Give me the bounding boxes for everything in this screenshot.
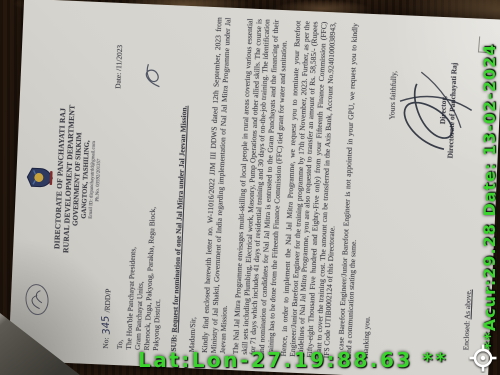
handwritten-ref-number: 345: [101, 315, 113, 335]
letter-document: DIRECTORATE OF PANCHAYATI RAJ RURAL DEVE…: [8, 0, 500, 375]
subject-text: Request for nomination of one Nal Jal Mi…: [170, 105, 189, 332]
handwritten-signature: [387, 61, 487, 169]
enclosure-value: As above.: [463, 289, 473, 319]
ref-no-suffix: /RDD/P: [103, 288, 113, 312]
photo-scene: DIRECTORATE OF PANCHAYATI RAJ RURAL DEVE…: [0, 0, 500, 375]
date-line: Date: /11/2023: [114, 45, 125, 89]
date-value: /11/2023: [114, 45, 124, 71]
gps-overlay-accuracy-date: **Acur:29.28 Date: 13-02-2024: [480, 44, 499, 350]
date-label: Date:: [114, 73, 124, 89]
gps-crosshair-icon: [468, 343, 498, 373]
ref-no-label: No:: [101, 337, 110, 348]
gps-overlay-latlon: Lat:Lon-27.19:88.63 **: [138, 348, 448, 372]
reference-number: No:345/RDD/P: [100, 288, 114, 348]
handwritten-margin-swirl-icon: [140, 60, 167, 91]
state-emblem-icon: [26, 165, 54, 190]
enclosure-line: Enclosed: As above.: [461, 289, 473, 350]
body-paragraph: Hence, in order to implement the Nal Jal…: [280, 21, 346, 359]
handwritten-corner-scribble-icon: [20, 281, 54, 318]
